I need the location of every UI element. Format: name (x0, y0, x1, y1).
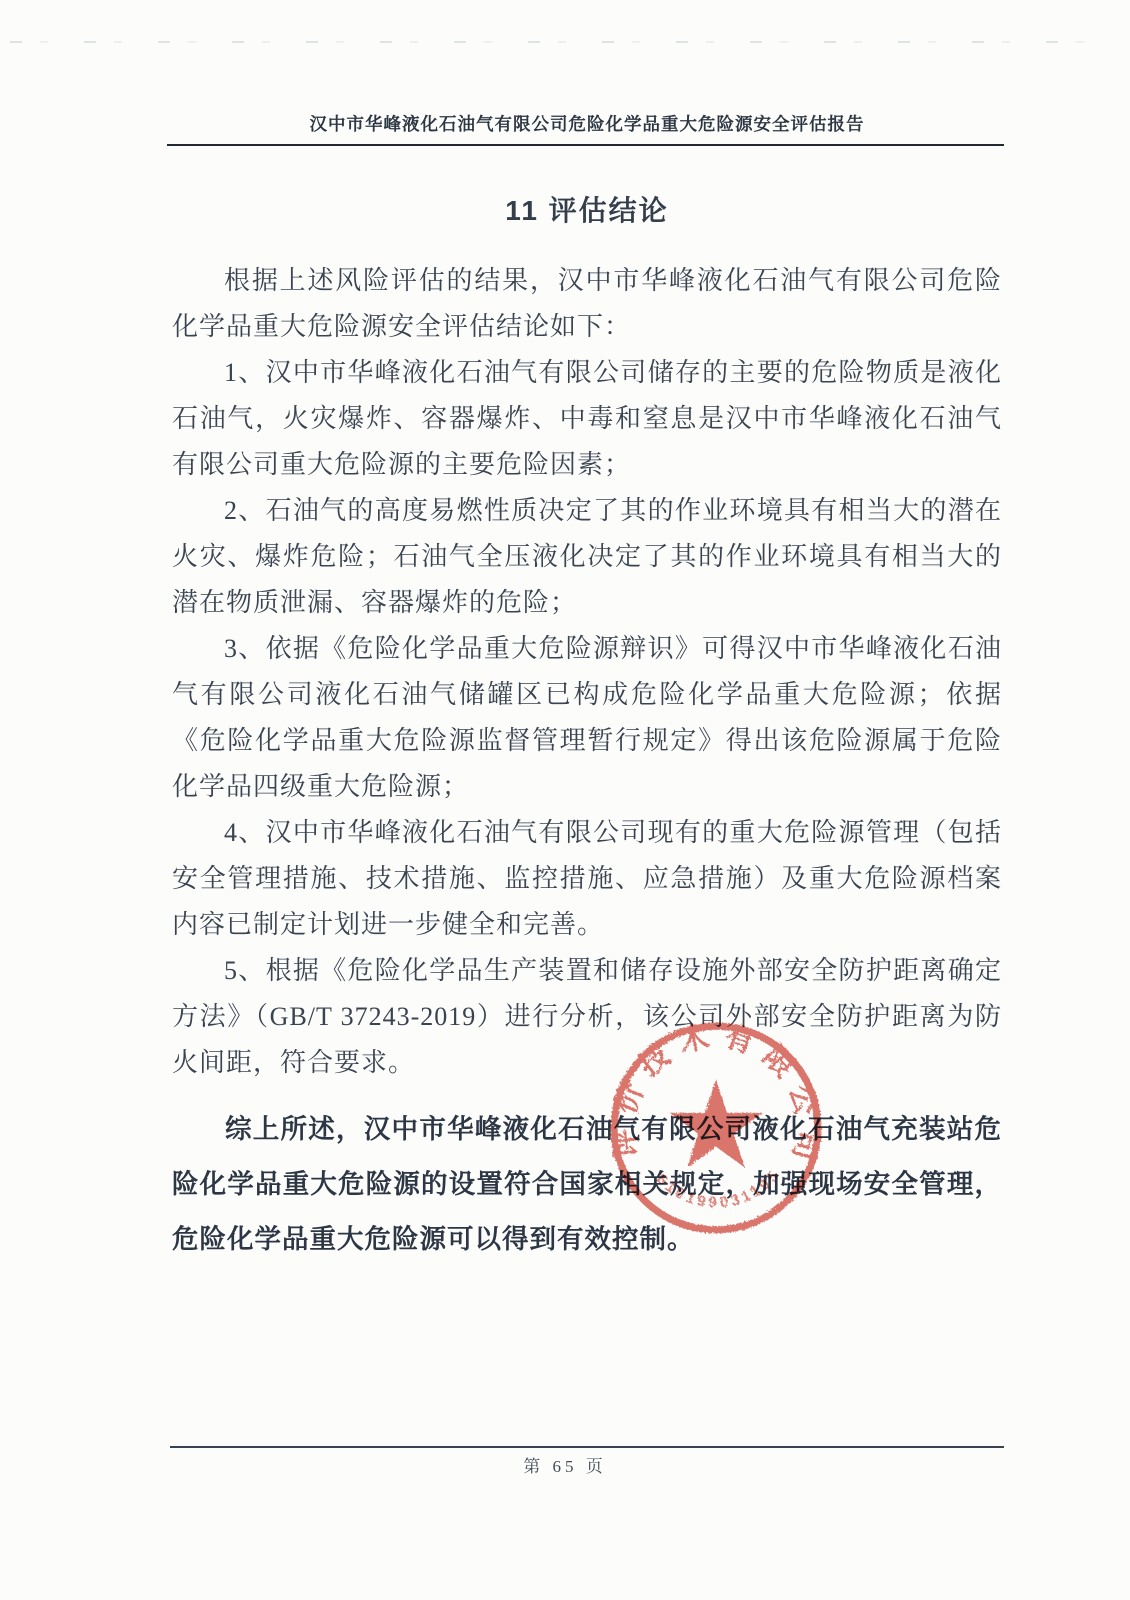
header-rule (167, 144, 1004, 146)
paragraph-item-2: 2、石油气的高度易燃性质决定了其的作业环境具有相当大的潜在火灾、爆炸危险；石油气… (172, 488, 1002, 626)
stamp-serial-number: 610199031195 (653, 1166, 784, 1212)
document-page: 汉中市华峰液化石油气有限公司危险化学品重大危险源安全评估报告 11 评估结论 根… (0, 0, 1130, 1600)
paragraph-intro: 根据上述风险评估的结果，汉中市华峰液化石油气有限公司危险化学品重大危险源安全评估… (172, 258, 1002, 350)
report-body: 根据上述风险评估的结果，汉中市华峰液化石油气有限公司危险化学品重大危险源安全评估… (172, 258, 1002, 1267)
page-number: 第 65 页 (0, 1452, 1130, 1477)
footer-rule (170, 1446, 1004, 1448)
section-title: 11 评估结论 (172, 189, 1002, 229)
star-icon (669, 1079, 762, 1167)
paragraph-item-5: 5、根据《危险化学品生产装置和储存设施外部安全防护距离确定方法》（GB/T 37… (172, 948, 1002, 1086)
company-stamp: 评价技术有限公司 610199031195 (607, 1019, 825, 1237)
paragraph-item-3: 3、依据《危险化学品重大危险源辩识》可得汉中市华峰液化石油气有限公司液化石油气储… (172, 626, 1002, 810)
paragraph-item-1: 1、汉中市华峰液化石油气有限公司储存的主要的危险物质是液化石油气，火灾爆炸、容器… (172, 350, 1002, 488)
paragraph-conclusion: 综上所述，汉中市华峰液化石油气有限公司液化石油气充装站危险化学品重大危险源的设置… (172, 1102, 1002, 1267)
running-header: 汉中市华峰液化石油气有限公司危险化学品重大危险源安全评估报告 (172, 111, 1002, 136)
scan-artifact-line (10, 41, 1120, 43)
paragraph-item-4: 4、汉中市华峰液化石油气有限公司现有的重大危险源管理（包括安全管理措施、技术措施… (172, 810, 1002, 948)
